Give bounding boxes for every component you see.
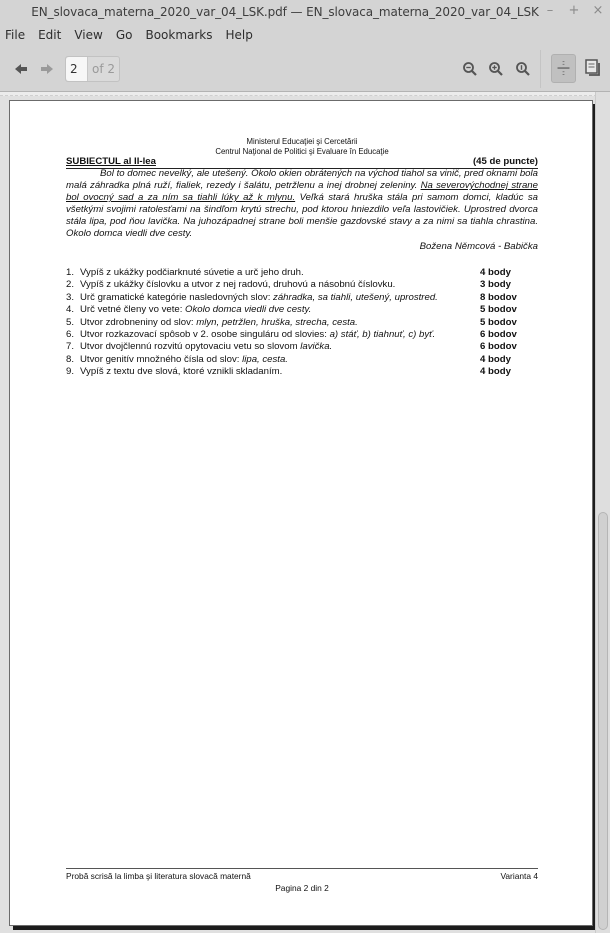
task-item: 5.Utvor zdrobneniny od slov: mlyn, petrž… [66, 317, 538, 329]
task-item: 8.Utvor genitív množného čísla od slov: … [66, 354, 538, 366]
task-instruction: Utvor dvojčlennú rozvitú opytovaciu vetu… [80, 341, 300, 352]
passage-text: Bol to domec nevelký, ale utešený. Okolo… [66, 168, 538, 240]
task-italic-words: lipa, cesta. [242, 354, 288, 365]
task-instruction: Vypíš z ukážky podčiarknuté súvetie a ur… [80, 267, 304, 278]
zoom-out-icon[interactable] [462, 61, 478, 77]
task-item: 2.Vypíš z ukážky číslovku a utvor z nej … [66, 279, 538, 291]
menu-go[interactable]: Go [116, 28, 133, 42]
arrow-left-icon[interactable] [14, 63, 28, 75]
toolbar-separator [540, 50, 541, 88]
header-ministry: Ministerul Educaţiei şi Cercetării [10, 137, 594, 147]
section-title: SUBIECTUL al II-lea [66, 156, 156, 168]
task-text: Vypíš z textu dve slová, ktoré vznikli s… [80, 366, 480, 378]
task-text: Utvor zdrobneniny od slov: mlyn, petržle… [80, 317, 480, 329]
task-instruction: Vypíš z textu dve slová, ktoré vznikli s… [80, 366, 282, 377]
task-item: 9.Vypíš z textu dve slová, ktoré vznikli… [66, 366, 538, 378]
footer-exam-name: Probă scrisă la limba şi literatura slov… [66, 871, 251, 881]
task-number: 4. [66, 304, 80, 316]
task-points: 4 body [480, 366, 511, 378]
pdf-page: Ministerul Educaţiei şi Cercetării Centr… [9, 100, 593, 926]
vertical-scrollbar[interactable] [595, 92, 610, 933]
zoom-in-icon[interactable] [488, 61, 504, 77]
task-item: 1.Vypíš z ukážky podčiarknuté súvetie a … [66, 267, 538, 279]
section-points: (45 de puncte) [473, 156, 538, 168]
task-italic-words: mlyn, petržlen, hruška, strecha, cesta. [196, 317, 358, 328]
passage-author: Božena Němcová - Babička [66, 241, 538, 253]
page-number-input[interactable]: 2 [66, 57, 88, 81]
task-points: 5 bodov [480, 317, 517, 329]
task-number: 2. [66, 279, 80, 291]
task-number: 3. [66, 292, 80, 304]
task-text: Utvor rozkazovací spôsob v 2. osobe sing… [80, 329, 480, 341]
previous-page-edge [0, 92, 597, 96]
task-number: 8. [66, 354, 80, 366]
task-instruction: Vypíš z ukážky číslovku a utvor z nej ra… [80, 279, 395, 290]
arrow-right-icon[interactable] [40, 63, 54, 75]
menu-file[interactable]: File [5, 28, 25, 42]
task-text: Utvor dvojčlennú rozvitú opytovaciu vetu… [80, 341, 480, 353]
close-button[interactable]: × [592, 3, 604, 18]
task-points: 8 bodov [480, 292, 517, 304]
window-title: EN_slovaca_materna_2020_var_04_LSK.pdf —… [31, 5, 539, 19]
task-instruction: Urč vetné členy vo vete: [80, 304, 185, 315]
task-number: 9. [66, 366, 80, 378]
task-italic-words: lavička. [300, 341, 332, 352]
task-item: 6.Utvor rozkazovací spôsob v 2. osobe si… [66, 329, 538, 341]
task-points: 4 body [480, 267, 511, 279]
continuous-scroll-icon [552, 55, 575, 82]
task-text: Vypíš z ukážky číslovku a utvor z nej ra… [80, 279, 480, 291]
title-bar: EN_slovaca_materna_2020_var_04_LSK.pdf —… [0, 0, 610, 24]
task-list: 1.Vypíš z ukážky podčiarknuté súvetie a … [66, 267, 538, 379]
task-number: 1. [66, 267, 80, 279]
menu-help[interactable]: Help [226, 28, 253, 42]
task-text: Utvor genitív množného čísla od slov: li… [80, 354, 480, 366]
task-points: 6 bodov [480, 341, 517, 353]
task-item: 3.Urč gramatické kategórie nasledovných … [66, 292, 538, 304]
task-italic-words: Okolo domca viedli dve cesty. [185, 304, 311, 315]
task-points: 6 bodov [480, 329, 517, 341]
task-points: 4 body [480, 354, 511, 366]
task-instruction: Utvor zdrobneniny od slov: [80, 317, 196, 328]
toolbar: 2 of 2 [0, 46, 610, 92]
continuous-mode-button[interactable] [551, 54, 576, 83]
task-italic-words: záhradka, sa tiahli, utešený, uprostred. [273, 292, 438, 303]
task-number: 7. [66, 341, 80, 353]
window-controls: – + × [544, 3, 604, 18]
task-item: 4.Urč vetné členy vo vete: Okolo domca v… [66, 304, 538, 316]
task-text: Urč vetné členy vo vete: Okolo domca vie… [80, 304, 480, 316]
document-viewport[interactable]: Ministerul Educaţiei şi Cercetării Centr… [0, 92, 610, 933]
task-text: Vypíš z ukážky podčiarknuté súvetie a ur… [80, 267, 480, 279]
task-points: 3 body [480, 279, 511, 291]
scrollbar-thumb[interactable] [598, 512, 608, 930]
task-item: 7.Utvor dvojčlennú rozvitú opytovaciu ve… [66, 341, 538, 353]
task-number: 6. [66, 329, 80, 341]
footer-page-number: Pagina 2 din 2 [10, 883, 594, 893]
menu-edit[interactable]: Edit [38, 28, 61, 42]
maximize-button[interactable]: + [568, 3, 580, 18]
task-text: Urč gramatické kategórie nasledovných sl… [80, 292, 480, 304]
menu-view[interactable]: View [74, 28, 102, 42]
task-instruction: Urč gramatické kategórie nasledovných sl… [80, 292, 273, 303]
task-number: 5. [66, 317, 80, 329]
page-total-label: of 2 [88, 57, 115, 81]
page-selector: 2 of 2 [65, 56, 120, 82]
task-italic-words: a) stáť, b) tiahnuť, c) byť. [330, 329, 436, 340]
minimize-button[interactable]: – [544, 3, 556, 18]
menu-bar: File Edit View Go Bookmarks Help [0, 24, 610, 46]
task-instruction: Utvor genitív množného čísla od slov: [80, 354, 242, 365]
zoom-original-icon[interactable] [515, 61, 531, 77]
footer-divider [66, 868, 538, 869]
menu-bookmarks[interactable]: Bookmarks [145, 28, 212, 42]
footer-variant: Varianta 4 [490, 871, 538, 881]
dual-page-icon[interactable] [584, 58, 602, 78]
task-instruction: Utvor rozkazovací spôsob v 2. osobe sing… [80, 329, 330, 340]
task-points: 5 bodov [480, 304, 517, 316]
